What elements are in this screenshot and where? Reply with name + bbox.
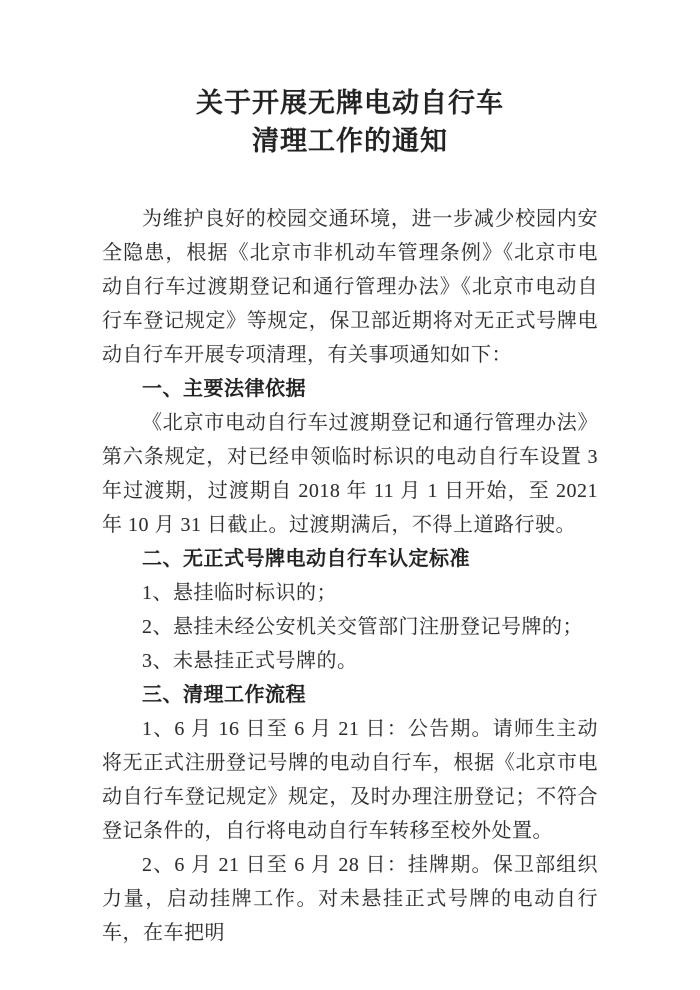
- list-item-3: 3、未悬挂正式号牌的。: [102, 644, 598, 678]
- list-item-1: 1、悬挂临时标识的；: [102, 576, 598, 610]
- paragraph-step-2: 2、6 月 21 日至 6 月 28 日：挂牌期。保卫部组织力量，启动挂牌工作。…: [102, 848, 598, 950]
- section-heading-1: 一、主要法律依据: [102, 372, 598, 406]
- paragraph-step-1: 1、6 月 16 日至 6 月 21 日：公告期。请师生主动将无正式注册登记号牌…: [102, 712, 598, 848]
- notice-body: 为维护良好的校园交通环境，进一步减少校园内安全隐患，根据《北京市非机动车管理条例…: [102, 202, 598, 950]
- section-heading-2: 二、无正式号牌电动自行车认定标准: [102, 542, 598, 576]
- paragraph-intro: 为维护良好的校园交通环境，进一步减少校园内安全隐患，根据《北京市非机动车管理条例…: [102, 202, 598, 372]
- notice-title: 关于开展无牌电动自行车 清理工作的通知: [102, 84, 598, 160]
- notice-title-line-2: 清理工作的通知: [252, 126, 448, 156]
- document-page: 关于开展无牌电动自行车 清理工作的通知 为维护良好的校园交通环境，进一步减少校园…: [0, 0, 700, 990]
- section-heading-3: 三、清理工作流程: [102, 678, 598, 712]
- list-item-2: 2、悬挂未经公安机关交管部门注册登记号牌的；: [102, 610, 598, 644]
- notice-title-line-1: 关于开展无牌电动自行车: [196, 88, 504, 118]
- paragraph-legal-basis: 《北京市电动自行车过渡期登记和通行管理办法》第六条规定，对已经申领临时标识的电动…: [102, 406, 598, 542]
